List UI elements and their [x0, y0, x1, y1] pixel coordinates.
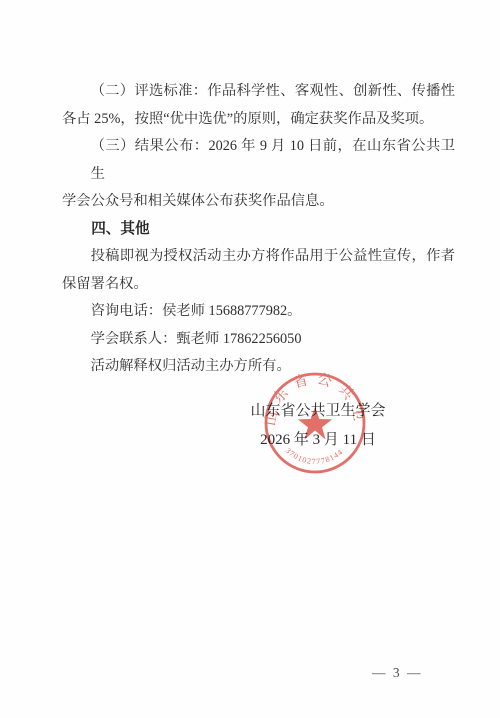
section-heading: 四、其他	[62, 216, 455, 244]
authorization-line-1: 投稿即视为授权活动主办方将作品用于公益性宣传，作者	[62, 243, 455, 271]
document-page: （二）评选标准：作品科学性、客观性、创新性、传播性 各占 25%，按照“优中选优…	[0, 0, 500, 718]
official-seal-stamp: 山东省公共卫生学会 3701027778144	[253, 361, 377, 485]
results-line-2: 学会公众号和相关媒体公布获奖作品信息。	[62, 188, 455, 216]
seal-serial-number: 3701027778144	[284, 446, 345, 466]
svg-text:3701027778144: 3701027778144	[284, 446, 345, 466]
seal-star-icon	[298, 407, 332, 440]
phone-line: 咨询电话：侯老师 15688777982。	[62, 298, 455, 326]
criteria-line-2: 各占 25%，按照“优中选优”的原则，确定获奖作品及奖项。	[62, 106, 455, 134]
body-text: （二）评选标准：作品科学性、客观性、创新性、传播性 各占 25%，按照“优中选优…	[62, 78, 455, 381]
contact-line: 学会联系人：甄老师 17862256050	[62, 326, 455, 354]
results-line-1: （三）结果公布：2026 年 9 月 10 日前，在山东省公共卫生	[62, 133, 455, 188]
criteria-line-1: （二）评选标准：作品科学性、客观性、创新性、传播性	[62, 78, 455, 106]
page-number: — 3 —	[372, 665, 423, 681]
authorization-line-2: 保留署名权。	[62, 271, 455, 299]
